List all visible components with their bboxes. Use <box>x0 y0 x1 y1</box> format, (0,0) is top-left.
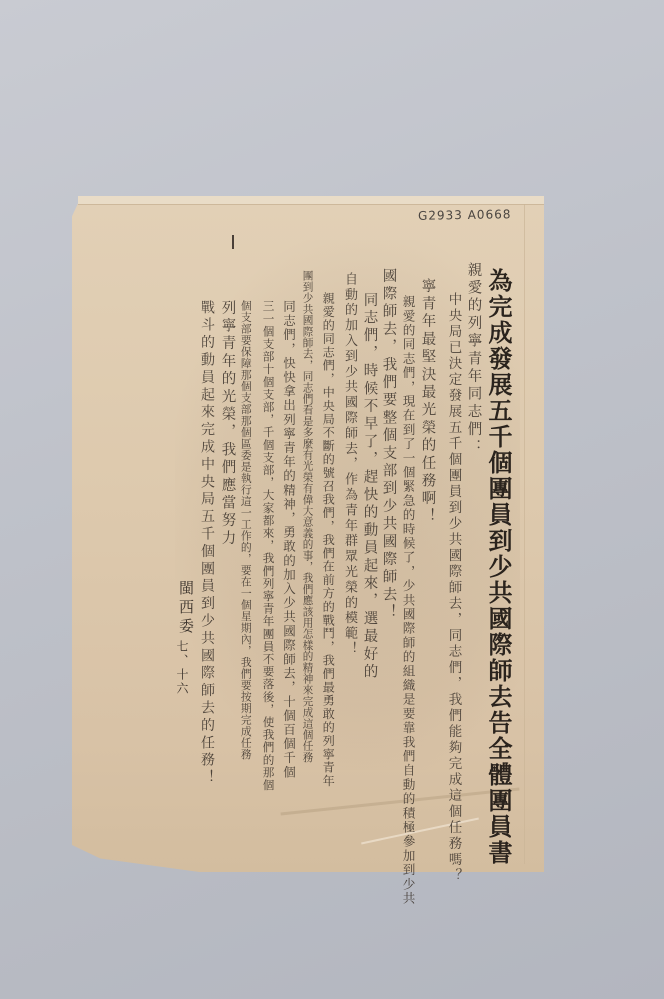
body-column-12: 個支部要保障那個支部那個區委是執行這一工作的，要在一個星期內，我們要按期完成任務 <box>240 300 251 760</box>
document-title: 為完成發展五千個團員到少共國際師去告全體團員書 <box>486 268 510 866</box>
body-column-4: 親愛的同志們，現在到了一個緊急的時候了，少共國際師的組織是要靠我們自動的積極參加… <box>401 295 414 906</box>
body-column-6: 同志們，時候不早了，趕快的動員起來，選最好的 <box>362 292 377 681</box>
body-column-5: 國際師去，我們要整個支部到少共國際師去！ <box>381 268 396 622</box>
body-column-10: 同志們，快快拿出列寧青年的精神，勇敢的加入少共國際師去，十個百個千個 <box>282 300 295 779</box>
paper-top-fold <box>78 196 544 205</box>
body-column-13: 列寧青年的光榮，我們應當努力 <box>220 300 235 548</box>
body-column-2: 中央局已決定發展五千個團員到少共國際師去，同志們，我們能夠完成這個任務嗎？ <box>446 292 460 884</box>
ink-mark <box>232 235 234 249</box>
catalog-number: G2933 A0668 <box>418 207 512 223</box>
body-column-1: 親愛的列寧青年同志們： <box>466 262 481 457</box>
signature-date: 七、十六 <box>176 640 188 696</box>
body-column-8: 親愛的同志們，中央局不斷的號召我們，我們在前方的戰鬥，我們最勇敢的列寧青年 <box>322 292 334 788</box>
signature-org: 閩西委 <box>178 580 193 637</box>
body-column-7: 自動的加入到少共國際師去，作為青年群眾光榮的模範！ <box>343 272 356 657</box>
paper-right-edge-line <box>524 204 525 864</box>
body-column-11: 三一個支部十個支部，千個支部，大家都來，我們列寧青年團員不要落後，使我們的那個 <box>262 300 274 791</box>
body-column-3: 寧青年最堅決最光榮的任務啊！ <box>420 278 435 526</box>
body-column-14: 戰斗的動員起來完成中央局五千個團員到少共國際師去的任務！ <box>200 300 214 787</box>
body-column-9: 團到少共國際師去，同志們看是多麼有光榮有偉大意義的事，我們應該用怎樣的精神來完成… <box>302 270 313 763</box>
